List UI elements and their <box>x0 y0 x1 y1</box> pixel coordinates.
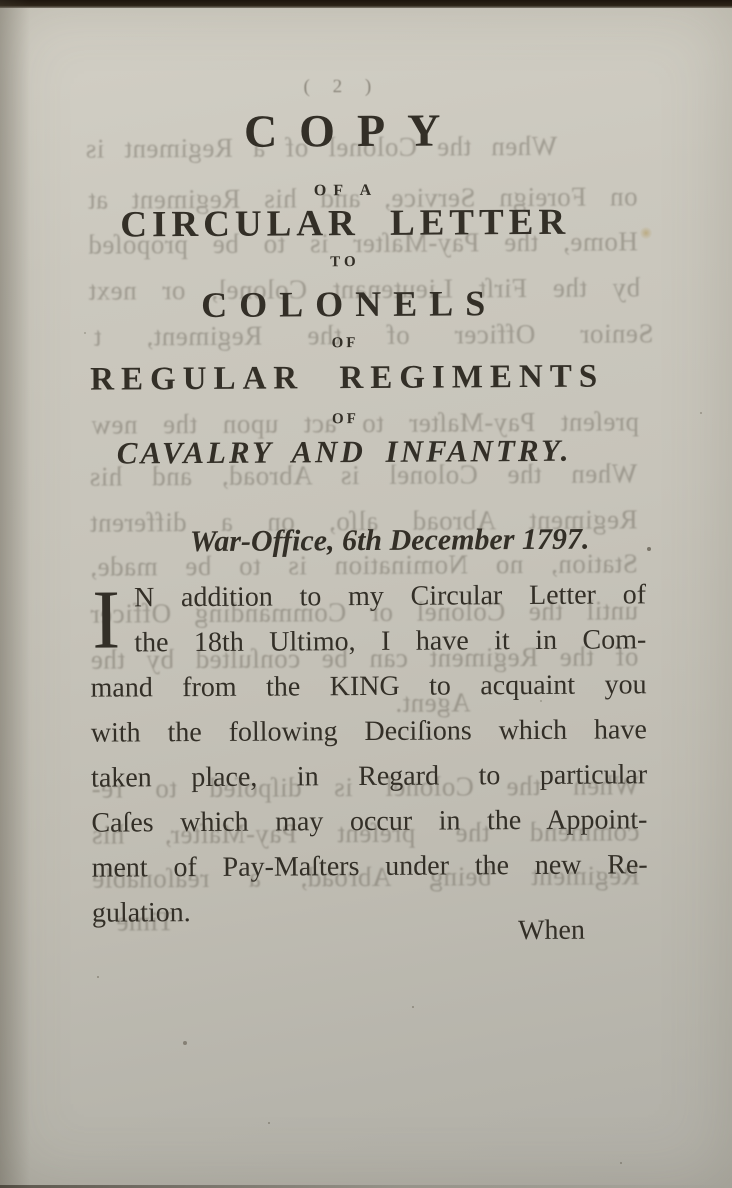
body-line: the 18th Ultimo, I have it in Com- <box>90 620 646 668</box>
scanned-page: When the Colonel of a Regiment ison Fore… <box>0 0 732 1188</box>
title-regular-regiments: REGULAR REGIMENTS <box>49 358 639 399</box>
title-circular-letter: CIRCULAR LETTER <box>48 200 638 247</box>
body-paragraph: I N addition to my Circular Letter ofthe… <box>90 575 648 938</box>
subtitle-to: TO <box>48 252 638 273</box>
title-colonels: COLONELS <box>48 281 638 327</box>
body-line: ment of Pay-Maſters under the new Re- <box>92 845 648 893</box>
subtitle-of-a: OF A <box>47 180 637 202</box>
title-cavalry-infantry: CAVALRY AND INFANTRY. <box>49 432 639 472</box>
printed-content: ( 2 ) COPY OF A CIRCULAR LETTER TO COLON… <box>0 0 732 1188</box>
subtitle-of-2: OF <box>49 409 639 430</box>
body-line: taken place, in Regard to particular <box>91 755 647 803</box>
catchword: When <box>518 915 585 947</box>
page-sheet: When the Colonel of a Regiment ison Fore… <box>0 0 732 1188</box>
title-copy: COPY <box>47 102 637 159</box>
folio-number: ( 2 ) <box>47 74 637 100</box>
subtitle-of-1: OF <box>48 333 638 354</box>
dateline: War-Office, 6th December 1797. <box>160 522 620 559</box>
body-line: mand from the KING to acquaint you <box>90 665 646 713</box>
body-line: N addition to my Circular Letter of <box>90 575 646 623</box>
body-line: Caſes which may occur in the Appoint- <box>91 800 647 848</box>
body-line: with the following Deciſions which have <box>91 710 647 758</box>
drop-cap: I <box>92 587 120 656</box>
